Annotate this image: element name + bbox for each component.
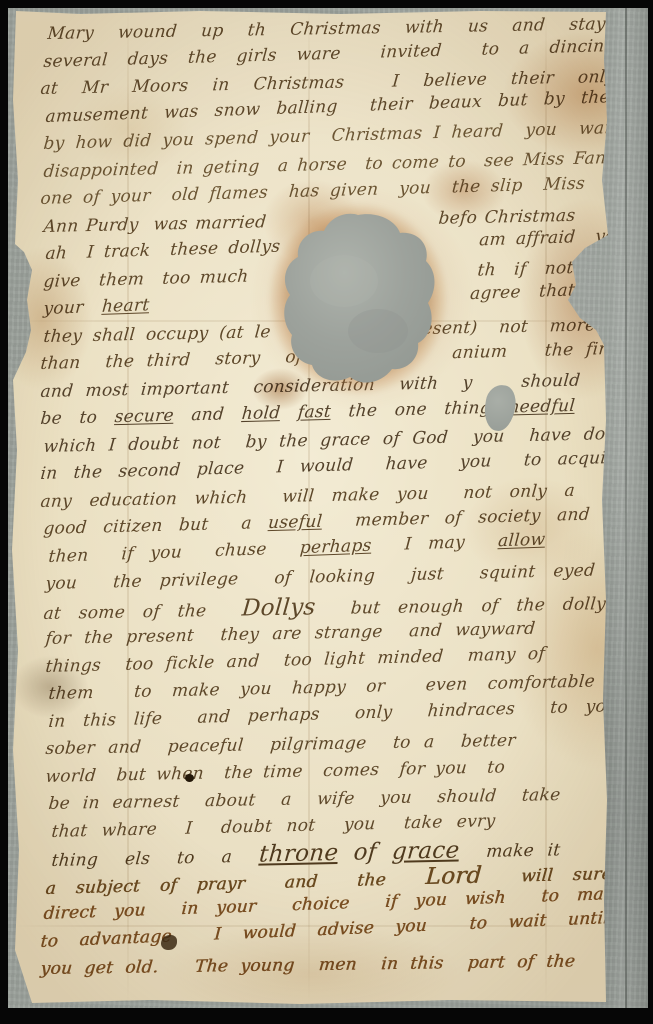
backing-fold-seam bbox=[625, 8, 627, 1008]
letter-page: Mary wound up th Christmas with us and s… bbox=[12, 9, 610, 1005]
big-torn-hole bbox=[278, 211, 438, 387]
handwritten-line: you get old. The young men in this part … bbox=[39, 948, 606, 983]
letter-photograph: Mary wound up th Christmas with us and s… bbox=[0, 0, 653, 1024]
ink-blot bbox=[185, 774, 194, 782]
handwritten-text-block: Mary wound up th Christmas with us and s… bbox=[26, 21, 606, 984]
